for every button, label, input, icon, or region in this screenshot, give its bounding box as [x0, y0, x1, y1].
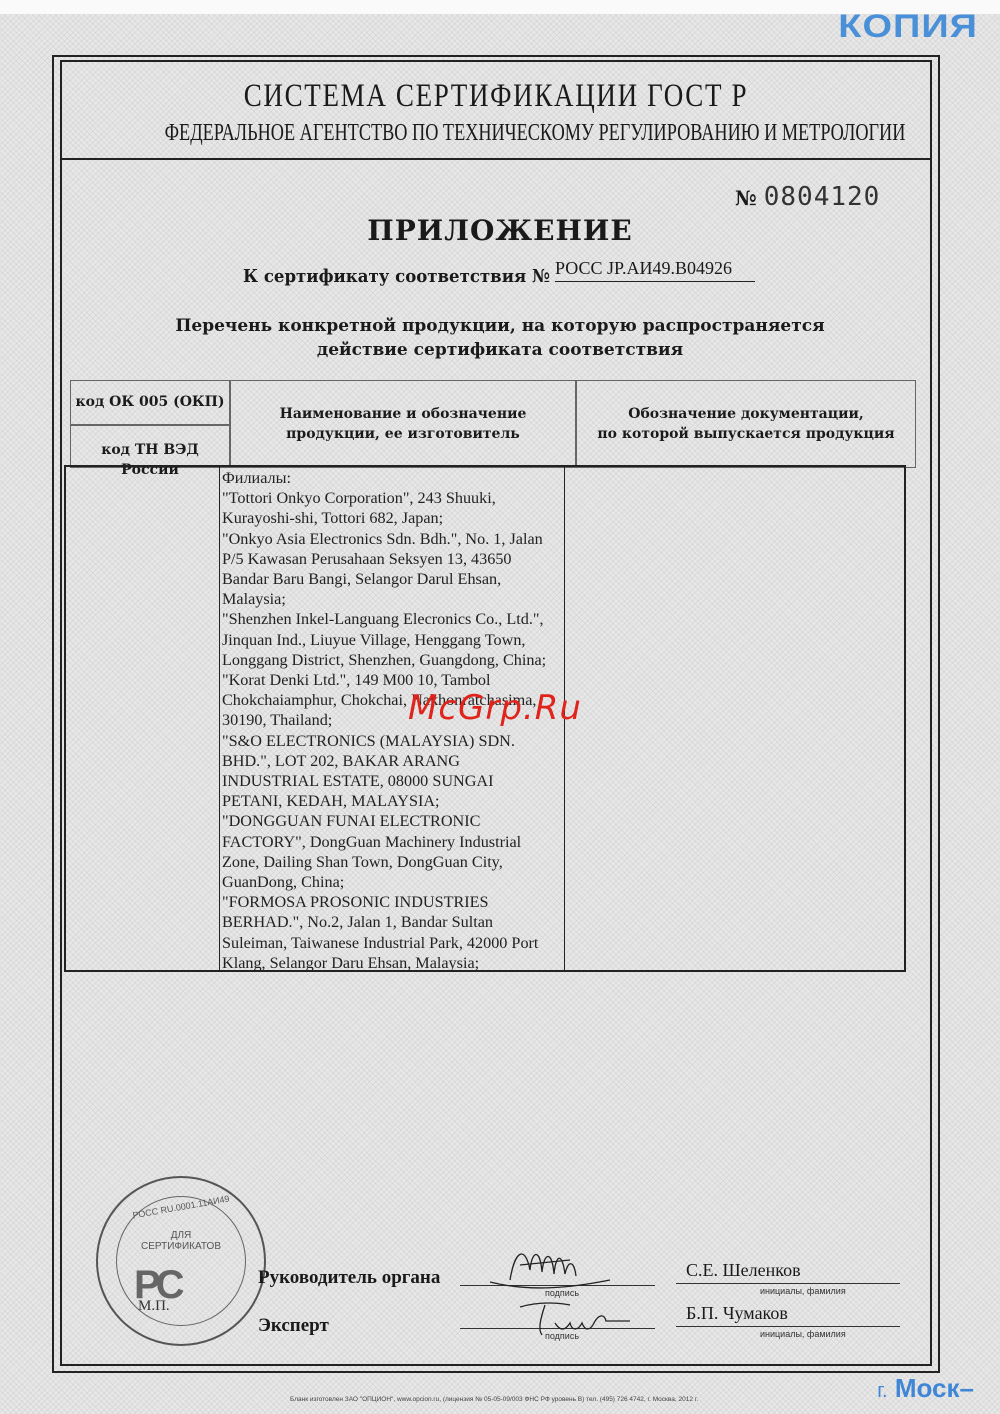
header-divider — [60, 158, 932, 160]
branch-line: BERHAD.", No.2, Jalan 1, Bandar Sultan — [222, 912, 562, 932]
watermark: McGrp.Ru — [408, 688, 582, 728]
signer-name-expert: Б.П. Чумаков — [686, 1303, 788, 1324]
printer-note: Бланк изготовлен ЗАО "ОПЦИОН", www.opcio… — [290, 1396, 698, 1403]
name-line-head — [676, 1283, 900, 1284]
branch-line: P/5 Kawasan Perusahaan Seksyen 13, 43650 — [222, 549, 562, 569]
certificate-reference: К сертификату соответствия № — [243, 266, 577, 287]
branch-line: "Tottori Onkyo Corporation", 243 Shuuki, — [222, 488, 562, 508]
official-seal: РОСС RU.0001.11АИ49 ДЛЯ СЕРТИФИКАТОВ РС … — [96, 1176, 266, 1346]
name-caption-expert: инициалы, фамилия — [760, 1329, 846, 1339]
agency-name: ФЕДЕРАЛЬНОЕ АГЕНТСТВО ПО ТЕХНИЧЕСКОМУ РЕ… — [165, 120, 828, 147]
branch-line: "Shenzhen Inkel-Languang Elecronics Co.,… — [222, 609, 562, 629]
copy-stamp: КОПИЯ — [838, 11, 978, 43]
header-docs-line1: Обозначение документации, — [576, 404, 916, 424]
branch-line: PETANI, KEDAH, MALAYSIA; — [222, 791, 562, 811]
number-sign: № — [735, 186, 757, 210]
header-product-line1: Наименование и обозначение — [230, 404, 576, 424]
signer-role-head: Руководитель органа — [258, 1267, 440, 1289]
branch-line: "DONGGUAN FUNAI ELECTRONIC — [222, 811, 562, 831]
branch-line: INDUSTRIAL ESTATE, 08000 SUNGAI — [222, 771, 562, 791]
city-prefix: г. — [877, 1380, 887, 1402]
signer-name-head: С.Е. Шеленков — [686, 1260, 801, 1281]
seal-text-dlya: ДЛЯ — [98, 1230, 264, 1241]
signature-head — [470, 1240, 620, 1295]
seal-text-certificates: СЕРТИФИКАТОВ — [98, 1241, 264, 1252]
name-caption-head: инициалы, фамилия — [760, 1286, 846, 1296]
branch-line: Kurayoshi-shi, Tottori 682, Japan; — [222, 508, 562, 528]
branch-line: FACTORY", DongGuan Machinery Industrial — [222, 832, 562, 852]
certificate-label: К сертификату соответствия № — [243, 266, 550, 287]
branch-line: "FORMOSA PROSONIC INDUSTRIES — [222, 892, 562, 912]
system-title: СИСТЕМА СЕРТИФИКАЦИИ ГОСТ Р — [138, 78, 853, 115]
branch-line: GuanDong, China; — [222, 872, 562, 892]
branch-line: Klang, Selangor Daru Ehsan, Malaysia; — [222, 953, 562, 973]
list-heading-line1: Перечень конкретной продукции, на котору… — [0, 314, 1000, 338]
form-serial-number: № 0804120 — [735, 182, 880, 212]
seal-mp: М.П. — [138, 1298, 170, 1315]
branch-line: Jinquan Ind., Liuyue Village, Henggang T… — [222, 630, 562, 650]
city-stamp: г. Моск– — [877, 1375, 974, 1401]
header-code-okp: код ОК 005 (ОКП) — [70, 392, 230, 412]
appendix-title: ПРИЛОЖЕНИЕ — [0, 214, 1000, 247]
header-docs: Обозначение документации, по которой вып… — [576, 404, 916, 444]
branch-line: Zone, Dailing Shan Town, DongGuan City, — [222, 852, 562, 872]
certificate-number: РОСС JP.АИ49.В04926 — [555, 258, 755, 282]
list-heading: Перечень конкретной продукции, на котору… — [0, 314, 1000, 362]
branch-line: Suleiman, Taiwanese Industrial Park, 420… — [222, 933, 562, 953]
header-product: Наименование и обозначение продукции, ее… — [230, 404, 576, 444]
header-docs-line2: по которой выпускается продукция — [576, 424, 916, 444]
list-heading-line2: действие сертификата соответствия — [0, 338, 1000, 362]
table-col-divider-1 — [219, 465, 220, 972]
branch-line: BHD.", LOT 202, BAKAR ARANG — [222, 751, 562, 771]
branch-line: Филиалы: — [222, 468, 562, 488]
signature-expert — [500, 1295, 650, 1345]
branch-line: Longgang District, Shenzhen, Guangdong, … — [222, 650, 562, 670]
signer-role-expert: Эксперт — [258, 1315, 329, 1337]
serial-value: 0804120 — [764, 182, 881, 212]
name-line-expert — [676, 1326, 900, 1327]
branch-line: "Onkyo Asia Electronics Sdn. Bdh.", No. … — [222, 529, 562, 549]
branch-line: Bandar Baru Bangi, Selangor Darul Ehsan, — [222, 569, 562, 589]
branch-line: "S&O ELECTRONICS (MALAYSIA) SDN. — [222, 731, 562, 751]
city-name: Моск– — [895, 1373, 974, 1403]
branch-line: Malaysia; — [222, 589, 562, 609]
header-product-line2: продукции, ее изготовитель — [230, 424, 576, 444]
